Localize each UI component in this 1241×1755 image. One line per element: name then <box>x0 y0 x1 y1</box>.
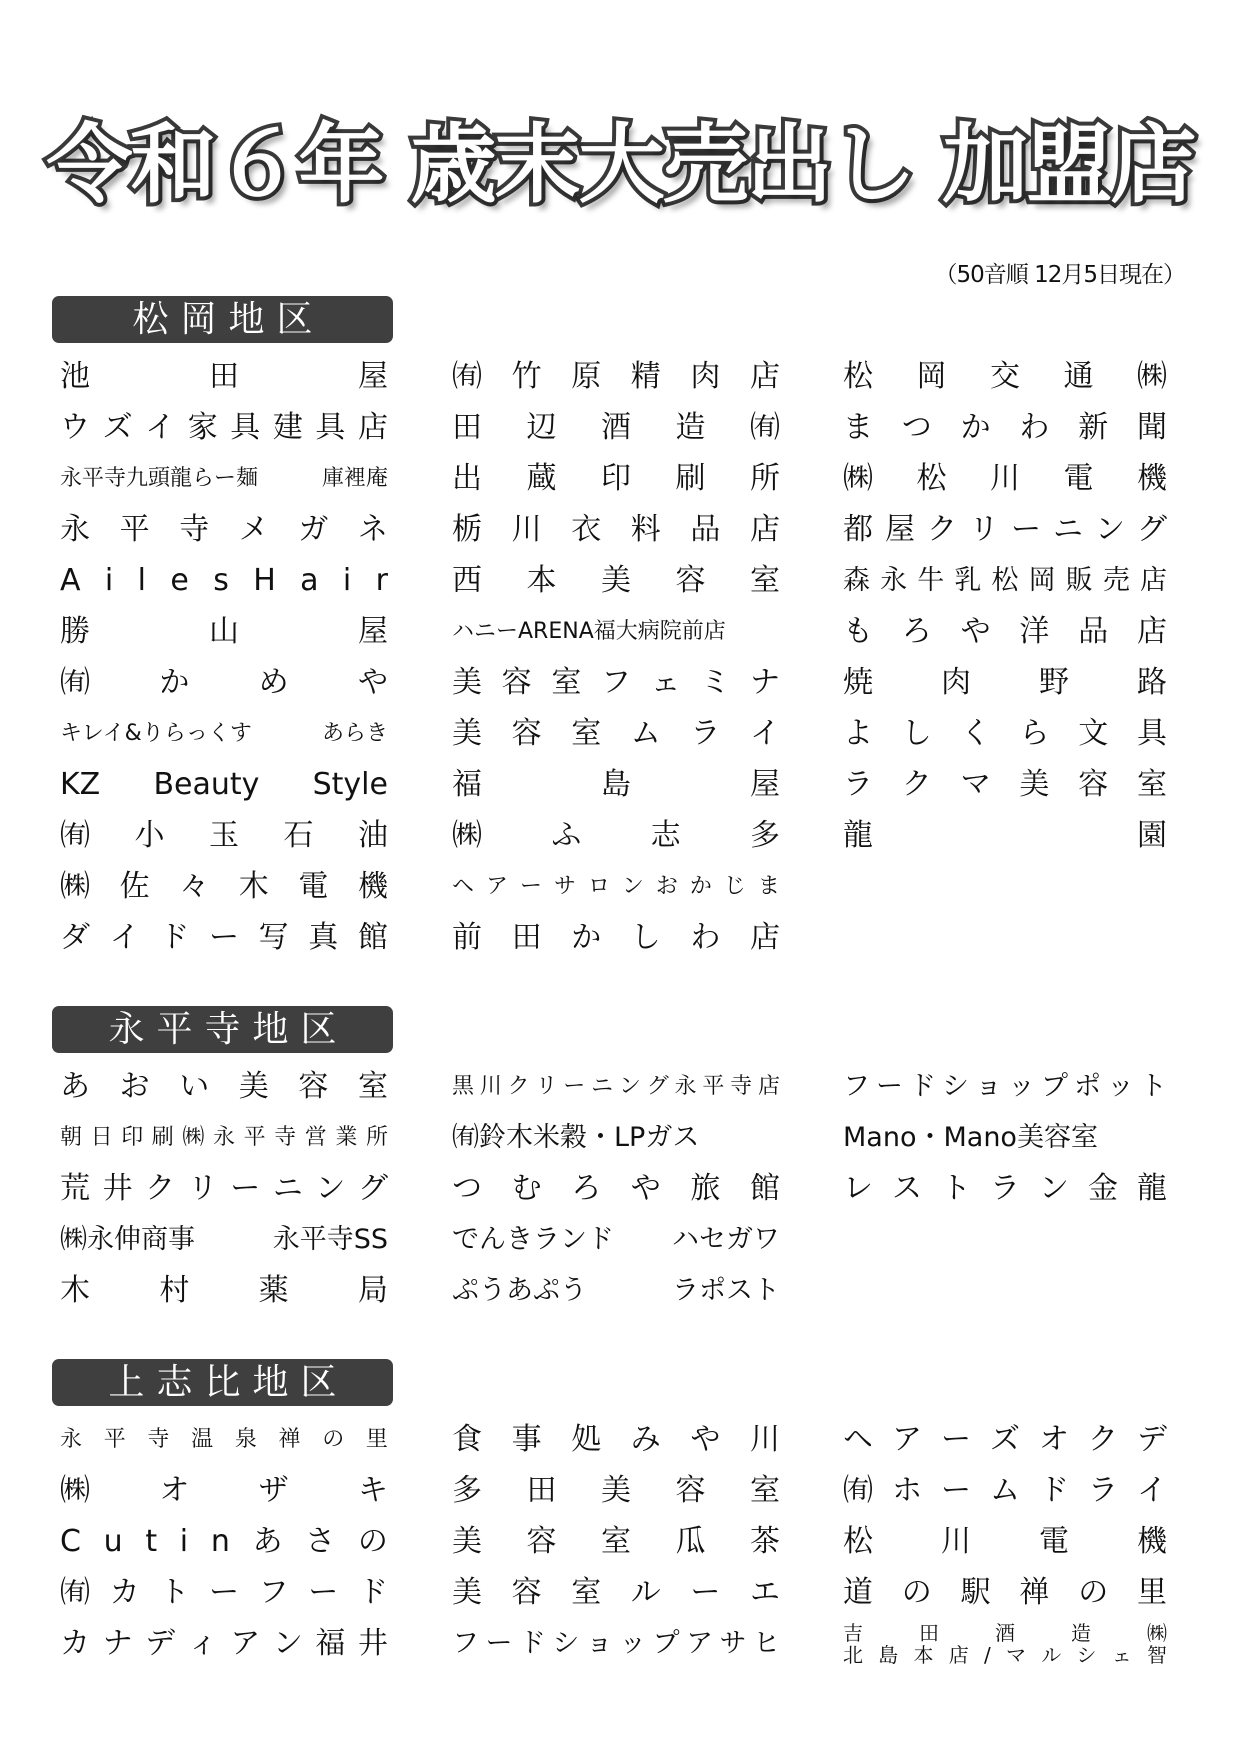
store-entry: Mano・Mano美容室 <box>843 1112 1167 1163</box>
store-entry: 多田美容室 <box>452 1465 780 1516</box>
district-header: 永平寺地区 <box>52 1006 393 1053</box>
store-entry: 永平寺メガネ <box>60 504 388 555</box>
store-entry: 西本美容室 <box>452 555 780 606</box>
store-entry: フードショップポット <box>843 1061 1167 1112</box>
store-entry: ウズイ家具建具店 <box>60 402 388 453</box>
store-entry-line: 北島本店/マルシェ智 <box>843 1644 1167 1666</box>
district-header: 上志比地区 <box>52 1359 393 1406</box>
store-entry: 都屋クリーニング <box>843 504 1167 555</box>
page-title: 令和６年 歳末大売出し 加盟店 <box>0 115 1241 215</box>
store-entry: 福島屋 <box>452 759 780 810</box>
store-entry: 前田かしわ店 <box>452 912 780 963</box>
store-entry: 栃川衣料品店 <box>452 504 780 555</box>
store-entry: 永平寺温泉禅の里 <box>60 1414 388 1465</box>
store-entry: 龍園 <box>843 810 1167 861</box>
store-entry: 木村薬局 <box>60 1265 388 1316</box>
store-entry: ㈱松川電機 <box>843 453 1167 504</box>
store-entry: 荒井クリーニング <box>60 1163 388 1214</box>
store-column: 食事処みや川多田美容室美容室瓜茶美容室ルーエフードショップアサヒ <box>452 1414 780 1669</box>
store-entry: 美容室ムライ <box>452 708 780 759</box>
store-column: 松岡交通㈱まつかわ新聞㈱松川電機都屋クリーニング森永牛乳松岡販売店もろや洋品店焼… <box>843 351 1167 861</box>
store-entry: 道の駅禅の里 <box>843 1567 1167 1618</box>
store-entry: 焼肉野路 <box>843 657 1167 708</box>
store-entry: 美容室ルーエ <box>452 1567 780 1618</box>
store-column: あおい美容室朝日印刷㈱永平寺営業所荒井クリーニング㈱永伸商事永平寺SS木村薬局 <box>60 1061 388 1316</box>
store-entry: KZBeautyStyle <box>60 759 388 810</box>
store-entry: 吉田酒造㈱北島本店/マルシェ智 <box>843 1618 1167 1669</box>
store-entry: カナディアン福井 <box>60 1618 388 1669</box>
store-column: 池田屋ウズイ家具建具店永平寺九頭龍らー麺庫裡庵永平寺メガネAilesHair勝山… <box>60 351 388 963</box>
store-entry: 田辺酒造㈲ <box>452 402 780 453</box>
district-header: 松岡地区 <box>52 296 393 343</box>
store-entry: ㈲小玉石油 <box>60 810 388 861</box>
store-entry: 美容室瓜茶 <box>452 1516 780 1567</box>
store-entry: ヘアーズオクデ <box>843 1414 1167 1465</box>
store-entry: 松川電機 <box>843 1516 1167 1567</box>
store-entry: 朝日印刷㈱永平寺営業所 <box>60 1112 388 1163</box>
store-entry: もろや洋品店 <box>843 606 1167 657</box>
store-entry: でんきランドハセガワ <box>452 1214 780 1265</box>
store-entry: ㈱永伸商事永平寺SS <box>60 1214 388 1265</box>
store-entry: ㈲鈴木米穀・LPガス <box>452 1112 780 1163</box>
store-entry: 池田屋 <box>60 351 388 402</box>
store-entry: よしくら文具 <box>843 708 1167 759</box>
store-entry: ㈱ふ志多 <box>452 810 780 861</box>
store-entry: あおい美容室 <box>60 1061 388 1112</box>
store-entry: ㈲かめや <box>60 657 388 708</box>
store-entry: ㈲ホームドライ <box>843 1465 1167 1516</box>
store-entry: ㈱佐々木電機 <box>60 861 388 912</box>
store-entry: Cutinあさの <box>60 1516 388 1567</box>
store-column: ㈲竹原精肉店田辺酒造㈲出蔵印刷所栃川衣料品店西本美容室ハニーARENA福大病院前… <box>452 351 780 963</box>
store-entry: 森永牛乳松岡販売店 <box>843 555 1167 606</box>
store-entry: 永平寺九頭龍らー麺庫裡庵 <box>60 453 388 504</box>
store-entry: ダイドー写真館 <box>60 912 388 963</box>
store-entry: 松岡交通㈱ <box>843 351 1167 402</box>
store-column: ヘアーズオクデ㈲ホームドライ松川電機道の駅禅の里吉田酒造㈱北島本店/マルシェ智 <box>843 1414 1167 1669</box>
store-column: 永平寺温泉禅の里㈱オザキCutinあさの㈲カトーフードカナディアン福井 <box>60 1414 388 1669</box>
store-entry: つむろや旅館 <box>452 1163 780 1214</box>
sort-note: （50音順 12月5日現在） <box>935 256 1185 289</box>
store-entry: ㈲カトーフード <box>60 1567 388 1618</box>
store-entry: フードショップアサヒ <box>452 1618 780 1669</box>
store-column: フードショップポットMano・Mano美容室レストラン金龍 <box>843 1061 1167 1214</box>
store-entry: ラクマ美容室 <box>843 759 1167 810</box>
store-column: 黒川クリーニング永平寺店㈲鈴木米穀・LPガスつむろや旅館でんきランドハセガワぷう… <box>452 1061 780 1316</box>
store-entry: ヘアーサロンおかじま <box>452 861 780 912</box>
store-entry: 勝山屋 <box>60 606 388 657</box>
store-entry: キレイ&りらっくすあらき <box>60 708 388 759</box>
store-entry: 出蔵印刷所 <box>452 453 780 504</box>
store-entry: レストラン金龍 <box>843 1163 1167 1214</box>
store-entry-line: 吉田酒造㈱ <box>843 1622 1167 1644</box>
store-entry: ハニーARENA福大病院前店 <box>452 606 780 657</box>
store-entry: ㈲竹原精肉店 <box>452 351 780 402</box>
store-entry: AilesHair <box>60 555 388 606</box>
store-entry: 美容室フェミナ <box>452 657 780 708</box>
store-entry: 黒川クリーニング永平寺店 <box>452 1061 780 1112</box>
store-entry: まつかわ新聞 <box>843 402 1167 453</box>
store-entry: ㈱オザキ <box>60 1465 388 1516</box>
store-entry: 食事処みや川 <box>452 1414 780 1465</box>
store-entry: ぷうあぷうラポスト <box>452 1265 780 1316</box>
